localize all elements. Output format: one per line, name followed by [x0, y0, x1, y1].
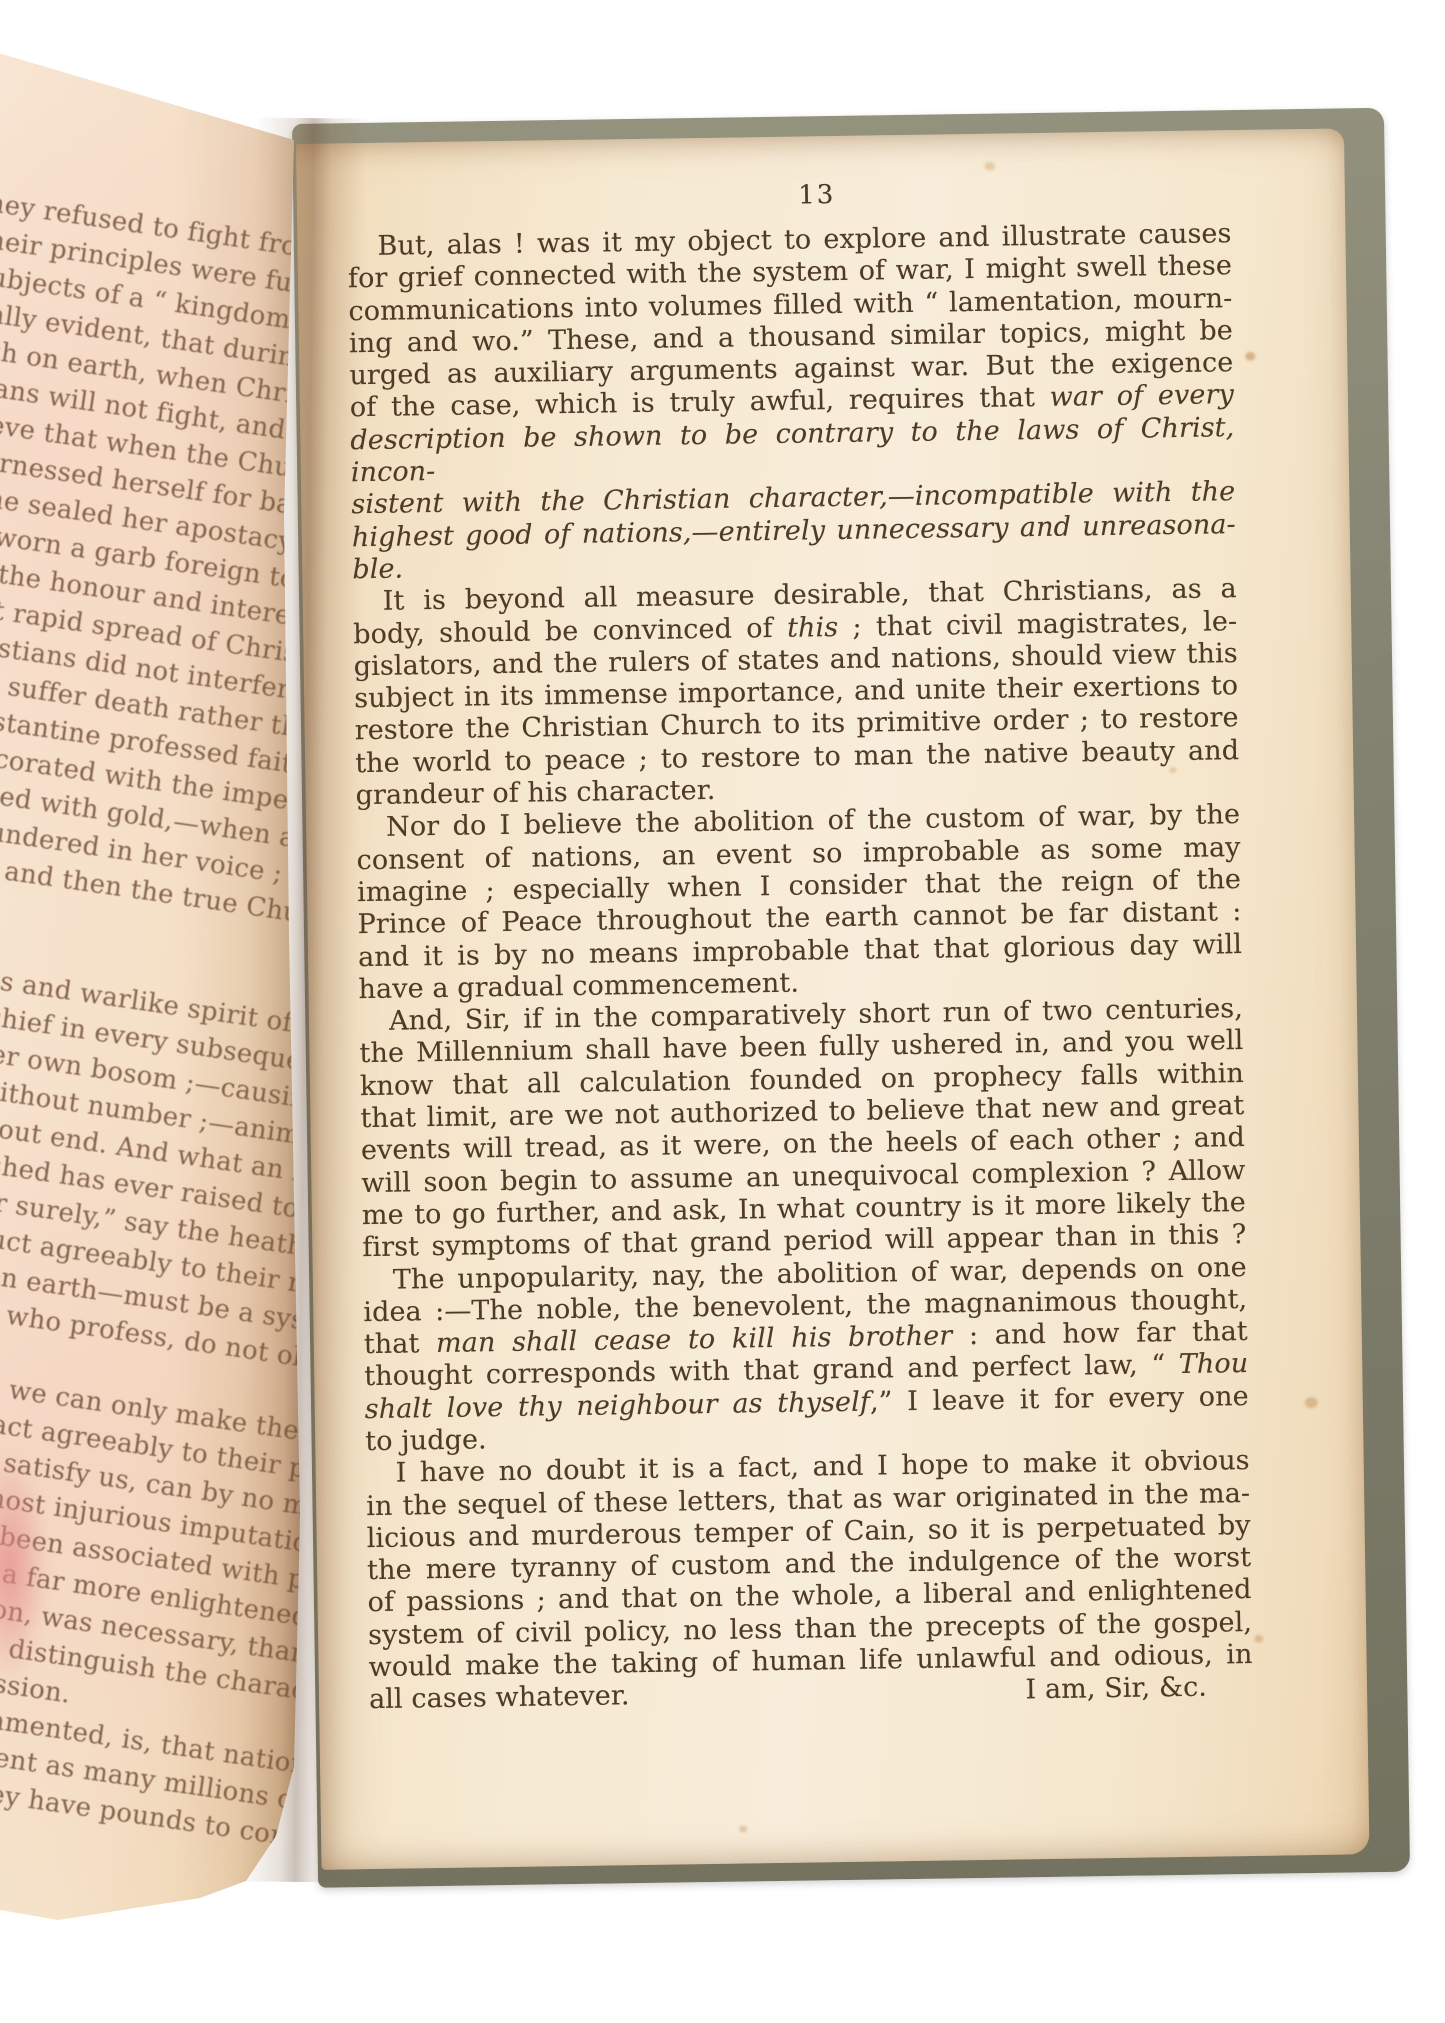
right-page-text-column: But, alas ! was it my object to explore …: [347, 218, 1253, 1717]
page-number: 13: [347, 174, 1231, 217]
foxing-spot: [1254, 1635, 1263, 1643]
photo-background: { "photo": { "background_color": "#fffff…: [0, 0, 1445, 2023]
foxing-spot: [1169, 767, 1176, 773]
foxing-spot: [984, 162, 995, 171]
page-number: 12: [164, 24, 202, 58]
foxing-spot: [1305, 1397, 1318, 1408]
right-page: 13 But, alas ! was it my object to explo…: [296, 128, 1369, 1869]
foxing-spot: [1245, 352, 1255, 361]
left-page: 12 s. They refused to fight from scruple…: [0, 36, 324, 1936]
body-text: But, alas ! was it my object to explore …: [347, 218, 1252, 1684]
pink-object: [0, 1450, 48, 1685]
foxing-spot: [739, 1825, 747, 1832]
closing-signature: I am, Sir, &c.: [1025, 1672, 1207, 1707]
closing-left: all cases whatever.: [369, 1681, 630, 1717]
